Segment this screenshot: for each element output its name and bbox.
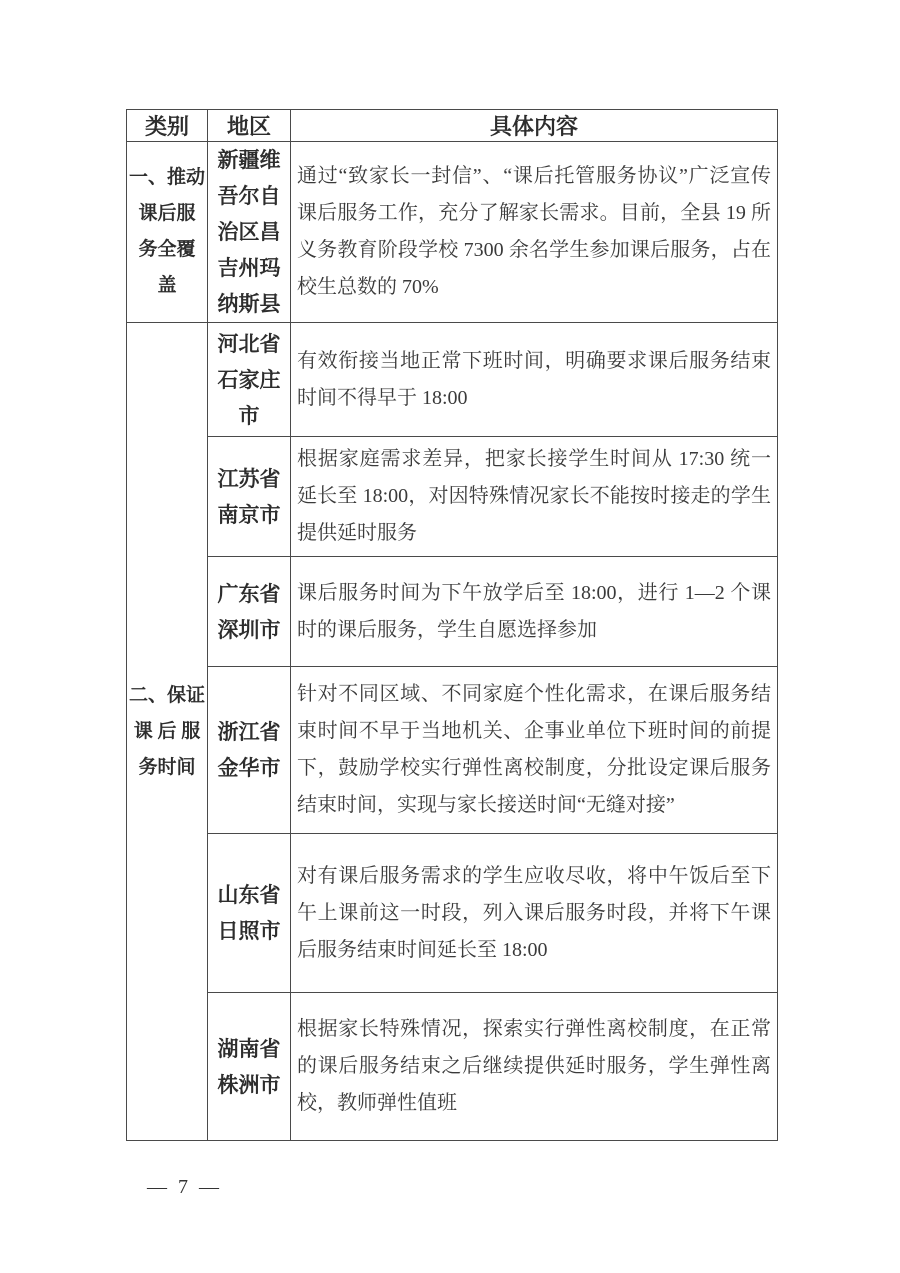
region-cell: 广东省 深圳市 [208,557,291,667]
region-cell: 新疆维 吾尔自 治区昌 吉州玛 纳斯县 [208,142,291,323]
content-cell: 对有课后服务需求的学生应收尽收，将中午饭后至下午上课前这一时段，列入课后服务时段… [291,834,778,993]
category-cell-2: 二、保证 课 后 服 务时间 [127,323,208,1141]
table-row: 山东省 日照市 对有课后服务需求的学生应收尽收，将中午饭后至下午上课前这一时段，… [127,834,778,993]
table-row: 浙江省 金华市 针对不同区域、不同家庭个性化需求，在课后服务结束时间不早于当地机… [127,667,778,834]
region-cell: 河北省 石家庄 市 [208,323,291,437]
col-header-region: 地区 [208,110,291,142]
region-cell: 山东省 日照市 [208,834,291,993]
after-school-service-table: 类别 地区 具体内容 一、推动 课后服 务全覆 盖 新疆维 吾尔自 治区昌 吉州… [126,109,778,1141]
content-cell: 根据家庭需求差异，把家长接学生时间从 17:30 统一延长至 18:00，对因特… [291,437,778,557]
col-header-category: 类别 [127,110,208,142]
content-cell: 课后服务时间为下午放学后至 18:00，进行 1—2 个课时的课后服务，学生自愿… [291,557,778,667]
table-header-row: 类别 地区 具体内容 [127,110,778,142]
table-row: 广东省 深圳市 课后服务时间为下午放学后至 18:00，进行 1—2 个课时的课… [127,557,778,667]
content-cell: 通过“致家长一封信”、“课后托管服务协议”广泛宣传课后服务工作，充分了解家长需求… [291,142,778,323]
table-row: 一、推动 课后服 务全覆 盖 新疆维 吾尔自 治区昌 吉州玛 纳斯县 通过“致家… [127,142,778,323]
document-page: 类别 地区 具体内容 一、推动 课后服 务全覆 盖 新疆维 吾尔自 治区昌 吉州… [0,0,900,1273]
table-row: 二、保证 课 后 服 务时间 河北省 石家庄 市 有效衔接当地正常下班时间，明确… [127,323,778,437]
table-row: 湖南省 株洲市 根据家长特殊情况，探索实行弹性离校制度，在正常的课后服务结束之后… [127,993,778,1141]
region-cell: 江苏省 南京市 [208,437,291,557]
region-cell: 湖南省 株洲市 [208,993,291,1141]
page-number: — 7 — [147,1176,222,1199]
category-cell-1: 一、推动 课后服 务全覆 盖 [127,142,208,323]
col-header-content: 具体内容 [291,110,778,142]
content-cell: 根据家长特殊情况，探索实行弹性离校制度，在正常的课后服务结束之后继续提供延时服务… [291,993,778,1141]
table-row: 江苏省 南京市 根据家庭需求差异，把家长接学生时间从 17:30 统一延长至 1… [127,437,778,557]
region-cell: 浙江省 金华市 [208,667,291,834]
content-cell: 有效衔接当地正常下班时间，明确要求课后服务结束时间不得早于 18:00 [291,323,778,437]
content-cell: 针对不同区域、不同家庭个性化需求，在课后服务结束时间不早于当地机关、企事业单位下… [291,667,778,834]
